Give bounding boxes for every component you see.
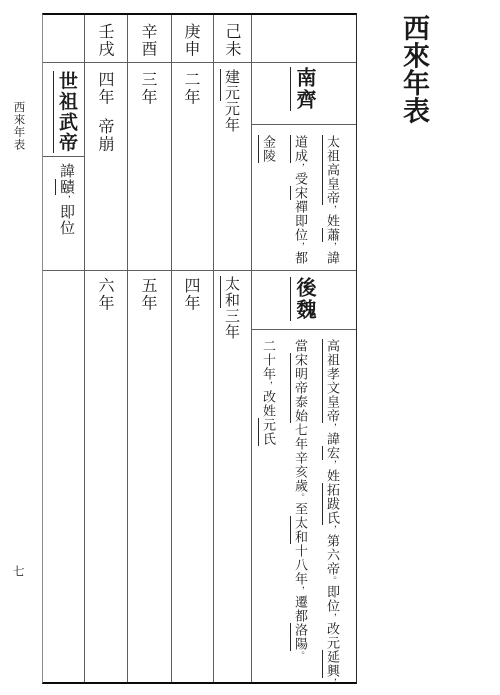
text-segment: 。	[295, 651, 305, 660]
text-segment: 。	[327, 576, 337, 585]
annotation-line: 太祖高皇帝，姓蕭，諱	[316, 135, 348, 269]
proper-noun-marked-text: 南齊	[290, 67, 315, 111]
margin-running-title: 西來年表	[12, 101, 24, 151]
wei-annotation: 高祖孝文皇帝，諱宏，姓拓跋氏，第六帝。即位，改元延興，當宋明帝泰始七年辛亥歲。至…	[251, 330, 356, 682]
proper-noun-marked-text: 洛陽	[290, 623, 308, 651]
text-segment: 三年	[223, 308, 239, 340]
proper-noun-marked-text: 蕭	[322, 228, 340, 242]
ganzhi-header-gengshen: 庚申	[182, 23, 198, 58]
text-segment: 元年	[223, 101, 239, 133]
text-segment: ，	[295, 242, 305, 251]
text-segment: 即位	[58, 204, 74, 236]
proper-noun-marked-text: 拓跋氏	[322, 483, 340, 525]
text-segment: ，	[327, 525, 337, 534]
text-segment: ，	[327, 205, 337, 214]
grid-line-vertical	[84, 15, 85, 682]
text-segment: 當	[293, 339, 308, 353]
proper-noun-marked-text: 延興	[322, 650, 340, 678]
text-segment: 受	[293, 172, 308, 186]
text-segment: ，	[327, 613, 337, 622]
text-segment: 諱	[325, 251, 340, 265]
text-segment: 至	[293, 502, 308, 516]
text-segment: ，	[295, 163, 305, 172]
wei-year-jiwei: 太和三年	[223, 276, 238, 340]
grid-line-emperor-divider	[43, 156, 84, 157]
proper-noun-marked-text: 泰始	[290, 395, 308, 423]
qi-dynasty-label: 南齊	[294, 67, 314, 111]
text-segment: 七年辛亥歲	[293, 423, 308, 493]
ganzhi-header-xinyou: 辛酉	[139, 23, 155, 58]
text-segment: ，	[327, 460, 337, 469]
text-segment: 即位	[325, 585, 340, 613]
wei-year-xinyou: 五年	[139, 277, 155, 312]
proper-noun-marked-text: 世祖武帝	[53, 71, 77, 153]
page-title: 西來年表	[400, 14, 427, 124]
text-segment: 四年	[96, 71, 113, 106]
annotation-line: 高祖孝文皇帝，諱宏，姓拓跋氏，第六帝。即位，改元延興，	[316, 339, 348, 682]
qi-year-jiwei: 建元元年	[223, 69, 238, 133]
qi-year-xinyou: 三年	[139, 71, 155, 106]
text-segment: ，	[327, 242, 337, 251]
proper-noun-marked-text: 宋	[290, 186, 308, 200]
wei-year-gengshen: 四年	[182, 277, 198, 312]
text-segment: 姓	[325, 469, 340, 483]
proper-noun-marked-text: 元氏	[258, 418, 276, 446]
text-segment: ，	[295, 586, 305, 595]
qi-year-renxu: 四年帝崩	[96, 71, 112, 153]
text-segment: 。	[295, 493, 305, 502]
text-segment: 姓	[325, 214, 340, 228]
qi-year-gengshen: 二年	[182, 71, 198, 106]
text-segment: ，	[327, 678, 337, 687]
proper-noun-marked-text: 太和	[290, 516, 308, 544]
qi-emperor-note: 諱賾，即位	[58, 163, 73, 236]
text-segment: 禪即位	[293, 200, 308, 242]
annotation-line: 道成，受宋禪即位，都	[284, 135, 316, 269]
grid-line-vertical	[127, 15, 128, 682]
grid-line-header-bottom	[43, 62, 356, 63]
ganzhi-header-jiwei: 己未	[223, 23, 239, 58]
grid-line-vertical	[171, 15, 172, 682]
annotation-line: 當宋明帝泰始七年辛亥歲。至太和十八年，遷都洛陽。	[284, 339, 316, 682]
text-segment: 十八年	[293, 544, 308, 586]
proper-noun-marked-text: 宋明帝	[290, 353, 308, 395]
wei-dynasty-label: 後魏	[294, 277, 314, 321]
folio-number: 七	[12, 565, 24, 577]
text-segment: ，	[327, 423, 337, 432]
proper-noun-marked-text: 道成	[290, 135, 308, 163]
qi-annotation: 太祖高皇帝，姓蕭，諱道成，受宋禪即位，都金陵	[251, 125, 356, 269]
text-segment: ，	[263, 381, 273, 390]
qi-emperor-name: 世祖武帝	[57, 71, 76, 153]
text-segment: 帝崩	[96, 118, 113, 153]
vertical-spacer	[104, 106, 105, 118]
chronology-table: 壬戌 辛酉 庚申 己未 世祖武帝 諱賾，即位 四年帝崩 三年 二年 建元元年 南…	[42, 13, 357, 684]
proper-noun-marked-text: 宏	[322, 446, 340, 460]
text-segment: 改姓	[261, 390, 276, 418]
grid-line-band-divider	[43, 270, 356, 271]
proper-noun-marked-text: 金陵	[258, 135, 276, 163]
text-segment: ，	[61, 195, 71, 204]
grid-line-vertical	[213, 15, 214, 682]
proper-noun-marked-text: 高祖孝文皇帝	[322, 339, 340, 423]
text-segment: 第六帝	[325, 534, 340, 576]
scanned-book-page: 西來年表 西來年表 七 壬戌 辛酉 庚申 己未 世祖武帝 諱賾，即位 四年帝崩 …	[0, 0, 500, 695]
text-segment: 都	[293, 251, 308, 265]
text-segment: 二十年	[261, 339, 276, 381]
proper-noun-marked-text: 太和	[220, 276, 239, 308]
text-segment: 遷都	[293, 595, 308, 623]
text-segment: 諱	[325, 432, 340, 446]
proper-noun-marked-text: 建元	[220, 69, 239, 101]
annotation-line: 金陵	[252, 135, 284, 269]
proper-noun-marked-text: 後魏	[290, 277, 315, 321]
text-segment: 改元	[325, 622, 340, 650]
proper-noun-marked-text: 太祖高皇帝	[322, 135, 340, 205]
annotation-line: 二十年，改姓元氏	[252, 339, 284, 682]
ganzhi-header-renxu: 壬戌	[96, 23, 112, 58]
proper-noun-marked-text: 賾	[55, 179, 74, 195]
wei-year-renxu: 六年	[96, 277, 112, 312]
text-segment: 諱	[58, 163, 74, 179]
